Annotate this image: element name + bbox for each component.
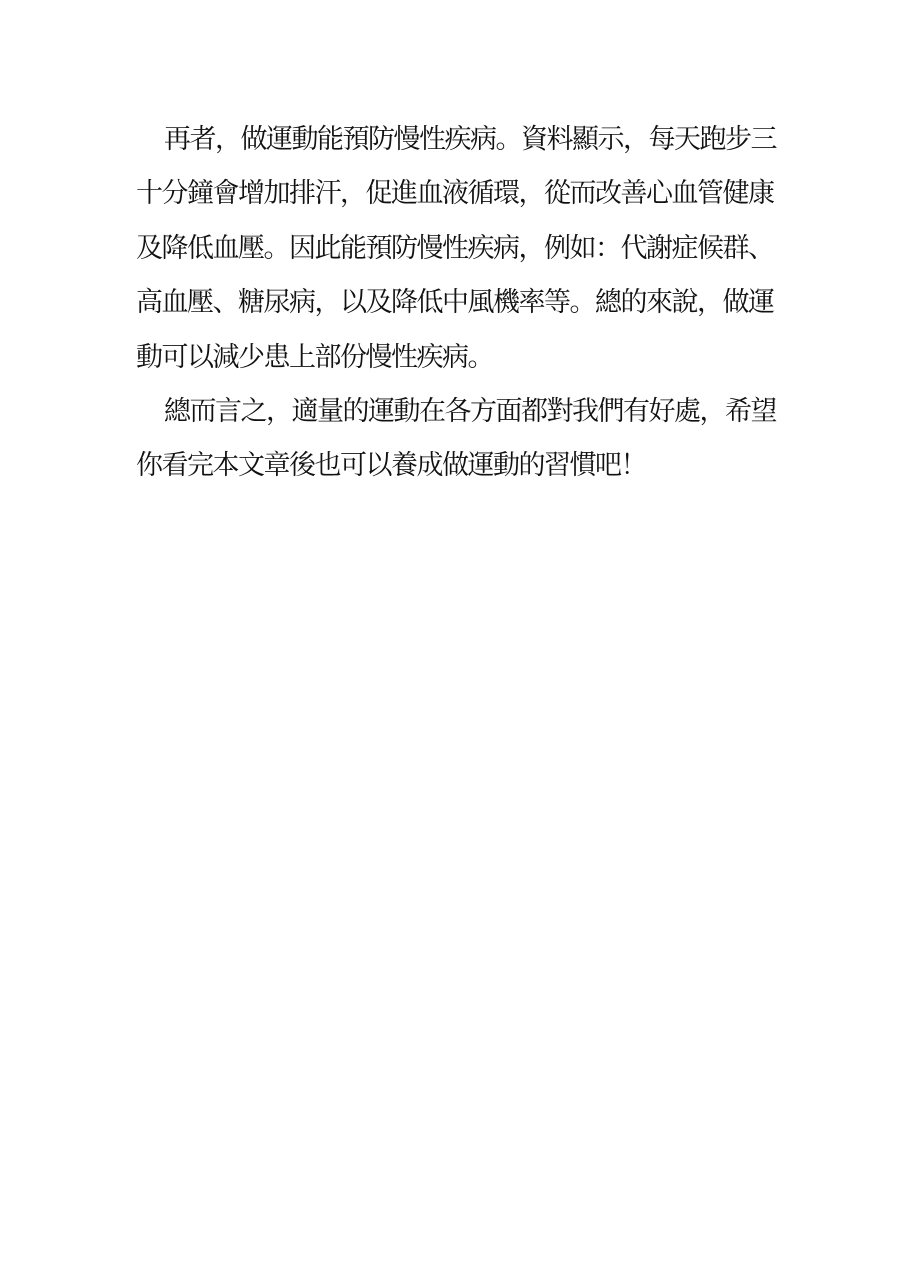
text-line: 你看完本文章後也可以養成做運動的習慣吧！ bbox=[136, 438, 816, 492]
document-page: 再者，做運動能預防慢性疾病。資料顯示，每天跑步三 十分鐘會增加排汗，促進血液循環… bbox=[0, 0, 905, 1280]
paragraph-conclusion: 總而言之，適量的運動在各方面都對我們有好處，希望 你看完本文章後也可以養成做運動… bbox=[136, 384, 816, 493]
text-line: 再者，做運動能預防慢性疾病。資料顯示，每天跑步三 bbox=[136, 112, 816, 166]
text-line: 及降低血壓。因此能預防慢性疾病，例如：代謝症候群、 bbox=[136, 221, 816, 275]
text-block: 再者，做運動能預防慢性疾病。資料顯示，每天跑步三 十分鐘會增加排汗，促進血液循環… bbox=[136, 112, 816, 493]
text-line: 動可以減少患上部份慢性疾病。 bbox=[136, 330, 816, 384]
text-line: 高血壓、糖尿病，以及降低中風機率等。總的來說，做運 bbox=[136, 275, 816, 329]
text-line: 十分鐘會增加排汗，促進血液循環，從而改善心血管健康 bbox=[136, 166, 816, 220]
text-line: 總而言之，適量的運動在各方面都對我們有好處，希望 bbox=[136, 384, 816, 438]
paragraph-exercise-prevents-disease: 再者，做運動能預防慢性疾病。資料顯示，每天跑步三 十分鐘會增加排汗，促進血液循環… bbox=[136, 112, 816, 384]
